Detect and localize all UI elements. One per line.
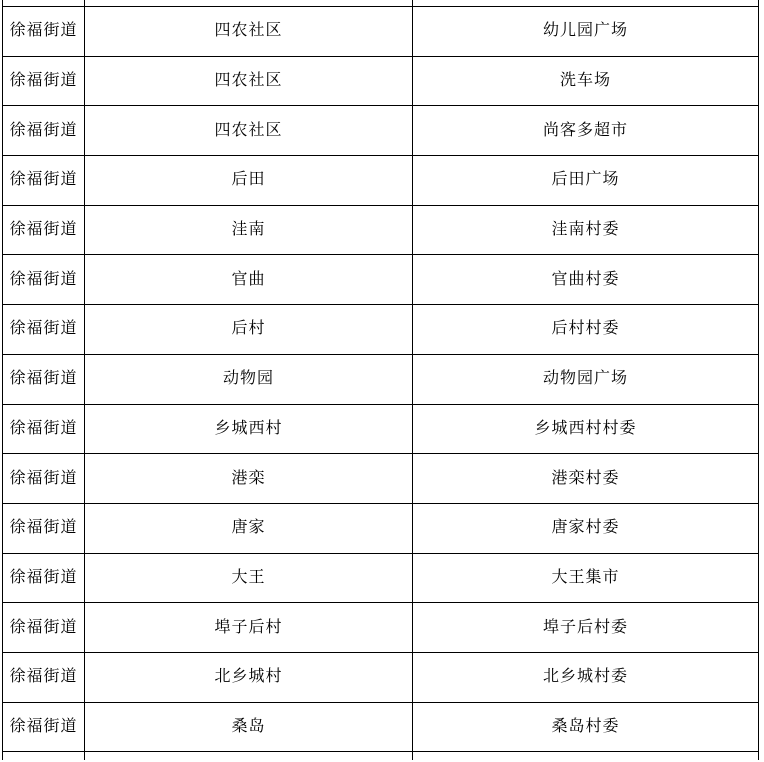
table-row: 徐福街道 后田 后田广场 <box>3 156 759 206</box>
cell-street: 徐福街道 <box>3 652 85 702</box>
cell-site: 埠子后村委 <box>413 603 759 653</box>
cell-site: 后村村委 <box>413 305 759 355</box>
cell-site: 北乡城村委 <box>413 652 759 702</box>
cell-community: 后田 <box>85 156 413 206</box>
cell-community: 大王 <box>85 553 413 603</box>
cell-street: 徐福街道 <box>3 603 85 653</box>
cell-site: 后田广场 <box>413 156 759 206</box>
cell-street: 徐福街道 <box>3 106 85 156</box>
cell-site: 洼南村委 <box>413 205 759 255</box>
cell-community: 洼南 <box>85 205 413 255</box>
table-row: 徐福街道 大王 大王集市 <box>3 553 759 603</box>
cell-community: 四农社区 <box>85 106 413 156</box>
cell-street: 徐福街道 <box>3 156 85 206</box>
table-row: 徐福街道 乡城西村 乡城西村村委 <box>3 404 759 454</box>
cell-site: 唐家村委 <box>413 503 759 553</box>
cell-community: 后村 <box>85 305 413 355</box>
cell-community: 官曲 <box>85 255 413 305</box>
cell-community: 四农社区 <box>85 7 413 57</box>
cell-street: 徐福街道 <box>3 553 85 603</box>
table-row: 徐福街道 四农社区 洗车场 <box>3 56 759 106</box>
cell-community: 唐家 <box>85 503 413 553</box>
table-row: 徐福街道 四农社区 幼儿园广场 <box>3 7 759 57</box>
cell-street: 徐福街道 <box>3 702 85 752</box>
cell-street-cutoff <box>3 752 85 761</box>
cell-community: 北乡城村 <box>85 652 413 702</box>
table-body: 徐福街道 四农社区 幼儿园广场 徐福街道 四农社区 洗车场 徐福街道 四农社区 … <box>3 0 759 760</box>
table-row: 徐福街道 北乡城村 北乡城村委 <box>3 652 759 702</box>
cell-community: 桑岛 <box>85 702 413 752</box>
table-row: 徐福街道 后村 后村村委 <box>3 305 759 355</box>
table-row: 徐福街道 港栾 港栾村委 <box>3 454 759 504</box>
cell-street: 徐福街道 <box>3 404 85 454</box>
cell-site: 桑岛村委 <box>413 702 759 752</box>
cell-site: 官曲村委 <box>413 255 759 305</box>
cell-site: 动物园广场 <box>413 354 759 404</box>
cell-street: 徐福街道 <box>3 56 85 106</box>
cell-community: 埠子后村 <box>85 603 413 653</box>
poi-table: 徐福街道 四农社区 幼儿园广场 徐福街道 四农社区 洗车场 徐福街道 四农社区 … <box>2 0 759 760</box>
cell-street: 徐福街道 <box>3 305 85 355</box>
table-row: 徐福街道 四农社区 尚客多超市 <box>3 106 759 156</box>
table-row: 徐福街道 唐家 唐家村委 <box>3 503 759 553</box>
cell-community: 乡城西村 <box>85 404 413 454</box>
cell-community: 动物园 <box>85 354 413 404</box>
cell-community-cutoff <box>85 752 413 761</box>
cell-street: 徐福街道 <box>3 503 85 553</box>
cell-community: 港栾 <box>85 454 413 504</box>
table-row: 徐福街道 官曲 官曲村委 <box>3 255 759 305</box>
cell-site: 幼儿园广场 <box>413 7 759 57</box>
cell-site: 洗车场 <box>413 56 759 106</box>
cell-street: 徐福街道 <box>3 205 85 255</box>
cell-street: 徐福街道 <box>3 454 85 504</box>
table-row: 徐福街道 桑岛 桑岛村委 <box>3 702 759 752</box>
partial-row-bottom <box>3 752 759 761</box>
cell-site: 港栾村委 <box>413 454 759 504</box>
table-row: 徐福街道 动物园 动物园广场 <box>3 354 759 404</box>
cell-street: 徐福街道 <box>3 7 85 57</box>
cell-street: 徐福街道 <box>3 255 85 305</box>
cell-street: 徐福街道 <box>3 354 85 404</box>
cell-site-cutoff <box>413 752 759 761</box>
table-row: 徐福街道 洼南 洼南村委 <box>3 205 759 255</box>
cell-community: 四农社区 <box>85 56 413 106</box>
cell-site: 乡城西村村委 <box>413 404 759 454</box>
table-row: 徐福街道 埠子后村 埠子后村委 <box>3 603 759 653</box>
cell-site: 尚客多超市 <box>413 106 759 156</box>
cell-site: 大王集市 <box>413 553 759 603</box>
